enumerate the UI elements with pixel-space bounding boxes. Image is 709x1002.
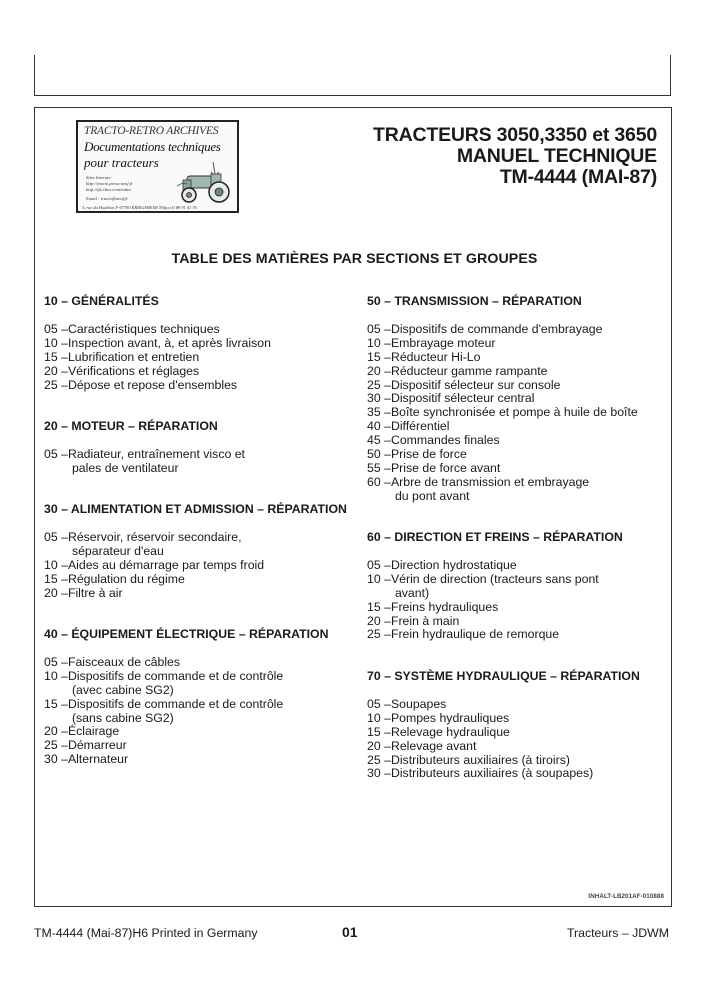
group-title: Dépose et repose d'ensembles — [68, 379, 237, 393]
toc-entry: 05 – Radiateur, entraînement visco etpal… — [44, 448, 354, 476]
section-title: 70 – SYSTÈME HYDRAULIQUE – RÉPARATION — [367, 670, 667, 684]
logo-site-1: http://tracto.perso.neuf.fr — [86, 181, 133, 186]
group-number: 15 – — [44, 573, 68, 587]
group-title-text: Dispositif sélecteur sur console — [391, 378, 561, 392]
logo-title: TRACTO-RETRO ARCHIVES — [84, 125, 218, 137]
toc-section: 40 – ÉQUIPEMENT ÉLECTRIQUE – RÉPARATION0… — [44, 628, 354, 767]
group-title: Différentiel — [391, 420, 450, 434]
toc-entry: 20 – Éclairage — [44, 725, 354, 739]
group-title-text: Dispositifs de commande et de contrôle — [68, 697, 283, 711]
group-title-text: Régulation du régime — [68, 572, 185, 586]
group-number: 05 – — [367, 559, 391, 573]
group-title-text: Démarreur — [68, 738, 127, 752]
group-title: Radiateur, entraînement visco etpales de… — [68, 448, 245, 476]
section-title: 10 – GÉNÉRALITÉS — [44, 295, 354, 309]
group-number: 20 – — [44, 365, 68, 379]
page-number: 01 — [342, 924, 358, 940]
group-number: 40 – — [367, 420, 391, 434]
toc-entry: 10 – Embrayage moteur — [367, 337, 667, 351]
group-number: 20 – — [367, 365, 391, 379]
group-title-text: Faisceaux de câbles — [68, 655, 180, 669]
group-title: Commandes finales — [391, 434, 500, 448]
group-title-text: Réservoir, réservoir secondaire, — [68, 530, 242, 544]
toc-entry: 25 – Démarreur — [44, 739, 354, 753]
group-title-text: Embrayage moteur — [391, 336, 496, 350]
section-title: 40 – ÉQUIPEMENT ÉLECTRIQUE – RÉPARATION — [44, 628, 354, 642]
toc-entry: 25 – Distributeurs auxiliaires (à tiroir… — [367, 754, 667, 768]
group-title-text: Soupapes — [391, 697, 446, 711]
group-number: 15 – — [44, 351, 68, 365]
toc-entry: 15 – Relevage hydraulique — [367, 726, 667, 740]
logo-subtitle-1: Documentations techniques — [84, 139, 221, 155]
group-title-text: Commandes finales — [391, 433, 500, 447]
group-title: Réservoir, réservoir secondaire,séparate… — [68, 531, 242, 559]
group-title: Prise de force — [391, 448, 467, 462]
group-title-text: Dépose et repose d'ensembles — [68, 378, 237, 392]
group-title: Freins hydrauliques — [391, 601, 498, 615]
group-title-text: Différentiel — [391, 419, 450, 433]
group-title: Soupapes — [391, 698, 446, 712]
group-title: Arbre de transmission et embrayagedu pon… — [391, 476, 589, 504]
toc-entry: 10 – Vérin de direction (tracteurs sans … — [367, 573, 667, 601]
toc-entry: 40 – Différentiel — [367, 420, 667, 434]
toc-heading: TABLE DES MATIÈRES PAR SECTIONS ET GROUP… — [0, 251, 709, 267]
toc-section: 60 – DIRECTION ET FREINS – RÉPARATION05 … — [367, 531, 667, 642]
toc-entry: 15 – Réducteur Hi-Lo — [367, 351, 667, 365]
group-title-text: Réducteur Hi-Lo — [391, 350, 481, 364]
group-title-text: Relevage hydraulique — [391, 725, 510, 739]
document-id: INHALT-LB201AF-010888 — [588, 893, 664, 900]
section-title: 50 – TRANSMISSION – RÉPARATION — [367, 295, 667, 309]
tractor-icon — [173, 162, 235, 204]
group-number: 05 – — [44, 323, 68, 337]
group-number: 30 – — [367, 767, 391, 781]
group-title: Démarreur — [68, 739, 127, 753]
group-number: 15 – — [44, 698, 68, 726]
group-number: 20 – — [367, 615, 391, 629]
toc-entry: 15 – Régulation du régime — [44, 573, 354, 587]
manual-title-block: TRACTEURS 3050,3350 et 3650 MANUEL TECHN… — [373, 125, 657, 188]
toc-entry: 20 – Réducteur gamme rampante — [367, 365, 667, 379]
group-number: 25 – — [367, 379, 391, 393]
toc-entry: 05 – Faisceaux de câbles — [44, 656, 354, 670]
group-title-continuation: séparateur d'eau — [68, 545, 242, 559]
toc-entry: 20 – Filtre à air — [44, 587, 354, 601]
toc-section: 50 – TRANSMISSION – RÉPARATION05 – Dispo… — [367, 295, 667, 504]
group-number: 10 – — [367, 573, 391, 601]
group-number: 20 – — [44, 725, 68, 739]
group-title: Distributeurs auxiliaires (à soupapes) — [391, 767, 593, 781]
toc-section: 30 – ALIMENTATION ET ADMISSION – RÉPARAT… — [44, 503, 354, 600]
group-title-text: Distributeurs auxiliaires (à tiroirs) — [391, 753, 570, 767]
manual-title-line-3: TM-4444 (MAI-87) — [373, 167, 657, 188]
group-title: Éclairage — [68, 725, 119, 739]
group-title-text: Réducteur gamme rampante — [391, 364, 548, 378]
group-title: Relevage hydraulique — [391, 726, 510, 740]
group-number: 05 – — [367, 323, 391, 337]
top-frame — [34, 55, 671, 96]
toc-entry: 45 – Commandes finales — [367, 434, 667, 448]
group-title: Alternateur — [68, 753, 128, 767]
toc-entry: 10 – Inspection avant, à, et après livra… — [44, 337, 354, 351]
group-number: 05 – — [44, 656, 68, 670]
group-title-text: Freins hydrauliques — [391, 600, 498, 614]
group-title-text: Éclairage — [68, 724, 119, 738]
toc-entry: 30 – Distributeurs auxiliaires (à soupap… — [367, 767, 667, 781]
toc-section: 70 – SYSTÈME HYDRAULIQUE – RÉPARATION05 … — [367, 670, 667, 781]
toc-section: 20 – MOTEUR – RÉPARATION05 – Radiateur, … — [44, 420, 354, 476]
group-title-text: Prise de force — [391, 447, 467, 461]
footer-left: TM-4444 (Mai-87)H6 Printed in Germany — [34, 926, 257, 940]
group-title: Embrayage moteur — [391, 337, 496, 351]
group-title-text: Dispositifs de commande et de contrôle — [68, 669, 283, 683]
section-title: 20 – MOTEUR – RÉPARATION — [44, 420, 354, 434]
footer-right: Tracteurs – JDWM — [567, 926, 669, 940]
group-title: Direction hydrostatique — [391, 559, 517, 573]
toc-section: 10 – GÉNÉRALITÉS05 – Caractéristiques te… — [44, 295, 354, 392]
toc-entry: 50 – Prise de force — [367, 448, 667, 462]
toc-entry: 10 – Pompes hydrauliques — [367, 712, 667, 726]
group-title: Dispositifs de commande et de contrôle(a… — [68, 670, 283, 698]
group-number: 25 – — [367, 628, 391, 642]
toc-entry: 15 – Dispositifs de commande et de contr… — [44, 698, 354, 726]
group-title-continuation: (avec cabine SG2) — [68, 684, 283, 698]
group-title-text: Frein hydraulique de remorque — [391, 627, 559, 641]
logo-sites-label: Sites Internet: — [86, 175, 112, 180]
group-number: 10 – — [44, 670, 68, 698]
group-title-text: Direction hydrostatique — [391, 558, 517, 572]
toc-entry: 55 – Prise de force avant — [367, 462, 667, 476]
toc-entry: 05 – Réservoir, réservoir secondaire,sép… — [44, 531, 354, 559]
group-number: 25 – — [44, 379, 68, 393]
group-title: Vérin de direction (tracteurs sans ponta… — [391, 573, 599, 601]
group-title: Dispositifs de commande d'embrayage — [391, 323, 603, 337]
manual-title-line-1: TRACTEURS 3050,3350 et 3650 — [373, 125, 657, 146]
toc-entry: 30 – Alternateur — [44, 753, 354, 767]
group-number: 20 – — [367, 740, 391, 754]
group-title-text: Distributeurs auxiliaires (à soupapes) — [391, 766, 593, 780]
group-title-text: Radiateur, entraînement visco et — [68, 447, 245, 461]
group-number: 55 – — [367, 462, 391, 476]
group-title-text: Vérifications et réglages — [68, 364, 199, 378]
group-title-text: Filtre à air — [68, 586, 123, 600]
toc-entry: 20 – Vérifications et réglages — [44, 365, 354, 379]
logo-email: Email : tracto@neuf.fr — [86, 196, 128, 201]
group-number: 15 – — [367, 351, 391, 365]
group-title: Frein à main — [391, 615, 459, 629]
group-number: 50 – — [367, 448, 391, 462]
group-title-text: Lubrification et entretien — [68, 350, 199, 364]
group-title-text: Alternateur — [68, 752, 128, 766]
group-title: Relevage avant — [391, 740, 476, 754]
toc-entry: 30 – Dispositif sélecteur central — [367, 392, 667, 406]
toc-entry: 05 – Soupapes — [367, 698, 667, 712]
group-number: 10 – — [367, 712, 391, 726]
group-number: 05 – — [44, 531, 68, 559]
group-title-text: Prise de force avant — [391, 461, 500, 475]
section-title: 60 – DIRECTION ET FREINS – RÉPARATION — [367, 531, 667, 545]
manual-title-line-2: MANUEL TECHNIQUE — [373, 146, 657, 167]
group-title: Inspection avant, à, et après livraison — [68, 337, 271, 351]
group-number: 15 – — [367, 601, 391, 615]
group-title: Frein hydraulique de remorque — [391, 628, 559, 642]
section-title: 30 – ALIMENTATION ET ADMISSION – RÉPARAT… — [44, 503, 354, 517]
group-title-text: Dispositif sélecteur central — [391, 391, 535, 405]
group-title: Régulation du régime — [68, 573, 185, 587]
group-title: Distributeurs auxiliaires (à tiroirs) — [391, 754, 570, 768]
group-title: Réducteur gamme rampante — [391, 365, 548, 379]
group-number: 10 – — [367, 337, 391, 351]
group-number: 30 – — [367, 392, 391, 406]
group-title: Faisceaux de câbles — [68, 656, 180, 670]
group-title: Aides au démarrage par temps froid — [68, 559, 264, 573]
toc-entry: 25 – Frein hydraulique de remorque — [367, 628, 667, 642]
group-number: 25 – — [367, 754, 391, 768]
group-number: 60 – — [367, 476, 391, 504]
group-title: Filtre à air — [68, 587, 123, 601]
group-title: Dispositif sélecteur central — [391, 392, 535, 406]
group-number: 15 – — [367, 726, 391, 740]
group-number: 20 – — [44, 587, 68, 601]
group-title: Prise de force avant — [391, 462, 500, 476]
group-title-continuation: du pont avant — [391, 490, 589, 504]
group-number: 45 – — [367, 434, 391, 448]
group-title-text: Vérin de direction (tracteurs sans pont — [391, 572, 599, 586]
toc-entry: 10 – Aides au démarrage par temps froid — [44, 559, 354, 573]
group-number: 10 – — [44, 559, 68, 573]
archive-logo-stamp: TRACTO-RETRO ARCHIVES Documentations tec… — [76, 120, 239, 213]
logo-subtitle-2: pour tracteurs — [84, 155, 159, 171]
group-title: Pompes hydrauliques — [391, 712, 509, 726]
group-title: Dispositif sélecteur sur console — [391, 379, 561, 393]
group-title: Boîte synchronisée et pompe à huile de b… — [391, 406, 638, 420]
group-number: 10 – — [44, 337, 68, 351]
toc-entry: 05 – Caractéristiques techniques — [44, 323, 354, 337]
group-number: 05 – — [367, 698, 391, 712]
group-title: Lubrification et entretien — [68, 351, 199, 365]
toc-entry: 05 – Direction hydrostatique — [367, 559, 667, 573]
group-title-text: Pompes hydrauliques — [391, 711, 509, 725]
toc-entry: 25 – Dispositif sélecteur sur console — [367, 379, 667, 393]
group-title-text: Aides au démarrage par temps froid — [68, 558, 264, 572]
group-title-continuation: pales de ventilateur — [68, 462, 245, 476]
toc-entry: 15 – Freins hydrauliques — [367, 601, 667, 615]
group-title-text: Frein à main — [391, 614, 459, 628]
toc-entry: 05 – Dispositifs de commande d'embrayage — [367, 323, 667, 337]
group-title-continuation: avant) — [391, 587, 599, 601]
toc-entry: 20 – Frein à main — [367, 615, 667, 629]
group-title: Dispositifs de commande et de contrôle(s… — [68, 698, 283, 726]
group-title-text: Dispositifs de commande d'embrayage — [391, 322, 603, 336]
group-title-text: Boîte synchronisée et pompe à huile de b… — [391, 405, 638, 419]
toc-entry: 20 – Relevage avant — [367, 740, 667, 754]
group-title-text: Caractéristiques techniques — [68, 322, 220, 336]
logo-address: 3, rue du Houblon F-67790 KRIEGSHEIM Tel… — [82, 205, 197, 210]
toc-entry: 60 – Arbre de transmission et embrayaged… — [367, 476, 667, 504]
toc-entry: 10 – Dispositifs de commande et de contr… — [44, 670, 354, 698]
group-title-text: Relevage avant — [391, 739, 476, 753]
toc-entry: 15 – Lubrification et entretien — [44, 351, 354, 365]
group-number: 05 – — [44, 448, 68, 476]
group-number: 35 – — [367, 406, 391, 420]
toc-entry: 25 – Dépose et repose d'ensembles — [44, 379, 354, 393]
toc-entry: 35 – Boîte synchronisée et pompe à huile… — [367, 406, 667, 420]
group-title-text: Inspection avant, à, et après livraison — [68, 336, 271, 350]
group-title: Caractéristiques techniques — [68, 323, 220, 337]
group-title-text: Arbre de transmission et embrayage — [391, 475, 589, 489]
group-number: 30 – — [44, 753, 68, 767]
logo-site-2: http://tfx.chez.com/index — [86, 187, 131, 192]
group-title: Réducteur Hi-Lo — [391, 351, 481, 365]
group-title: Vérifications et réglages — [68, 365, 199, 379]
group-number: 25 – — [44, 739, 68, 753]
